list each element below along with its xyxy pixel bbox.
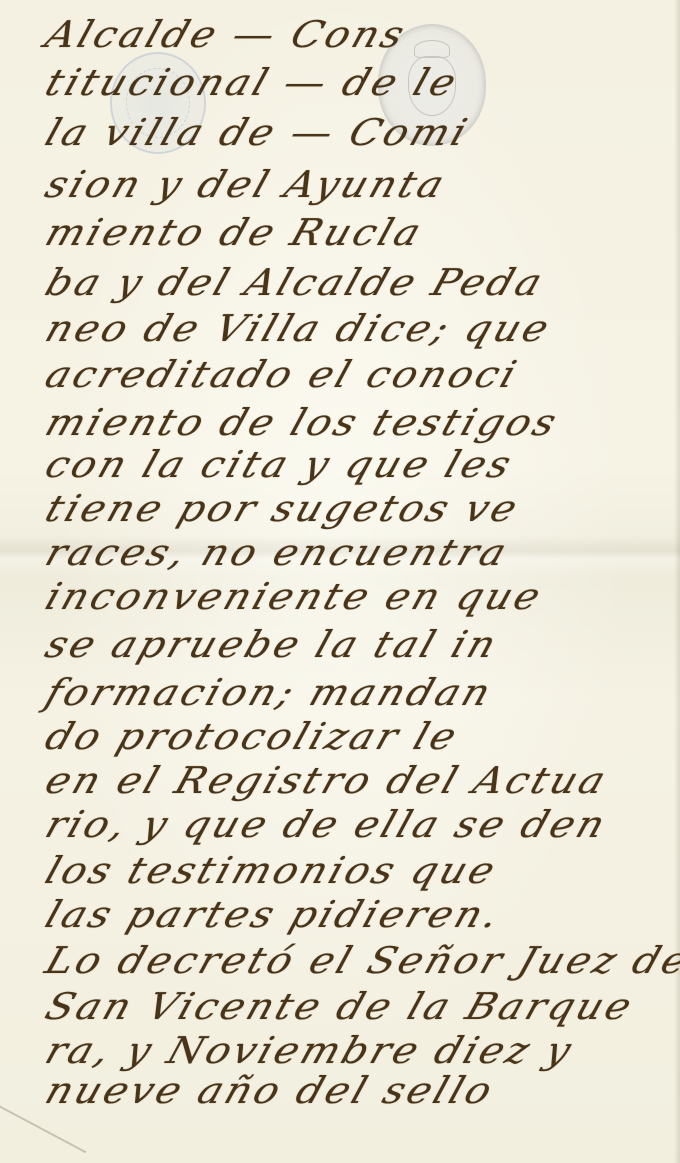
text-line: tiene por sugetos ve (40, 488, 680, 530)
text-line: Alcalde — Cons (40, 14, 680, 56)
text-line: do protocolizar le (40, 716, 680, 758)
text-line: miento de los testigos (40, 402, 680, 444)
text-line: inconveniente en que (40, 576, 680, 618)
text-line: formacion; mandan (40, 672, 680, 714)
text-line: ba y del Alcalde Peda (40, 262, 680, 304)
text-line: neo de Villa dice; que (40, 308, 680, 350)
text-line: rio, y que de ella se den (40, 804, 680, 846)
text-line: la villa de — Comi (40, 112, 680, 154)
text-line: nueve año del sello (40, 1070, 680, 1112)
handwritten-text-block: Alcalde — Cons titucional — de le la vil… (0, 0, 680, 1163)
text-line: en el Registro del Actua (40, 760, 680, 802)
text-line: las partes pidieren. (40, 894, 680, 936)
text-line: sion y del Ayunta (40, 164, 680, 206)
text-line: Lo decretó el Señor Juez de (40, 940, 680, 982)
text-line: ra, y Noviembre diez y (40, 1030, 680, 1072)
text-line: miento de Rucla (40, 212, 680, 254)
text-line: con la cita y que les (40, 444, 680, 486)
manuscript-page: Alcalde — Cons titucional — de le la vil… (0, 0, 680, 1163)
text-line: se apruebe la tal in (40, 624, 680, 666)
text-line: los testimonios que (40, 850, 680, 892)
text-line: races, no encuentra (40, 532, 680, 574)
text-line: acreditado el conoci (40, 354, 680, 396)
text-line: San Vicente de la Barque (40, 986, 680, 1028)
text-line: titucional — de le (40, 62, 680, 104)
